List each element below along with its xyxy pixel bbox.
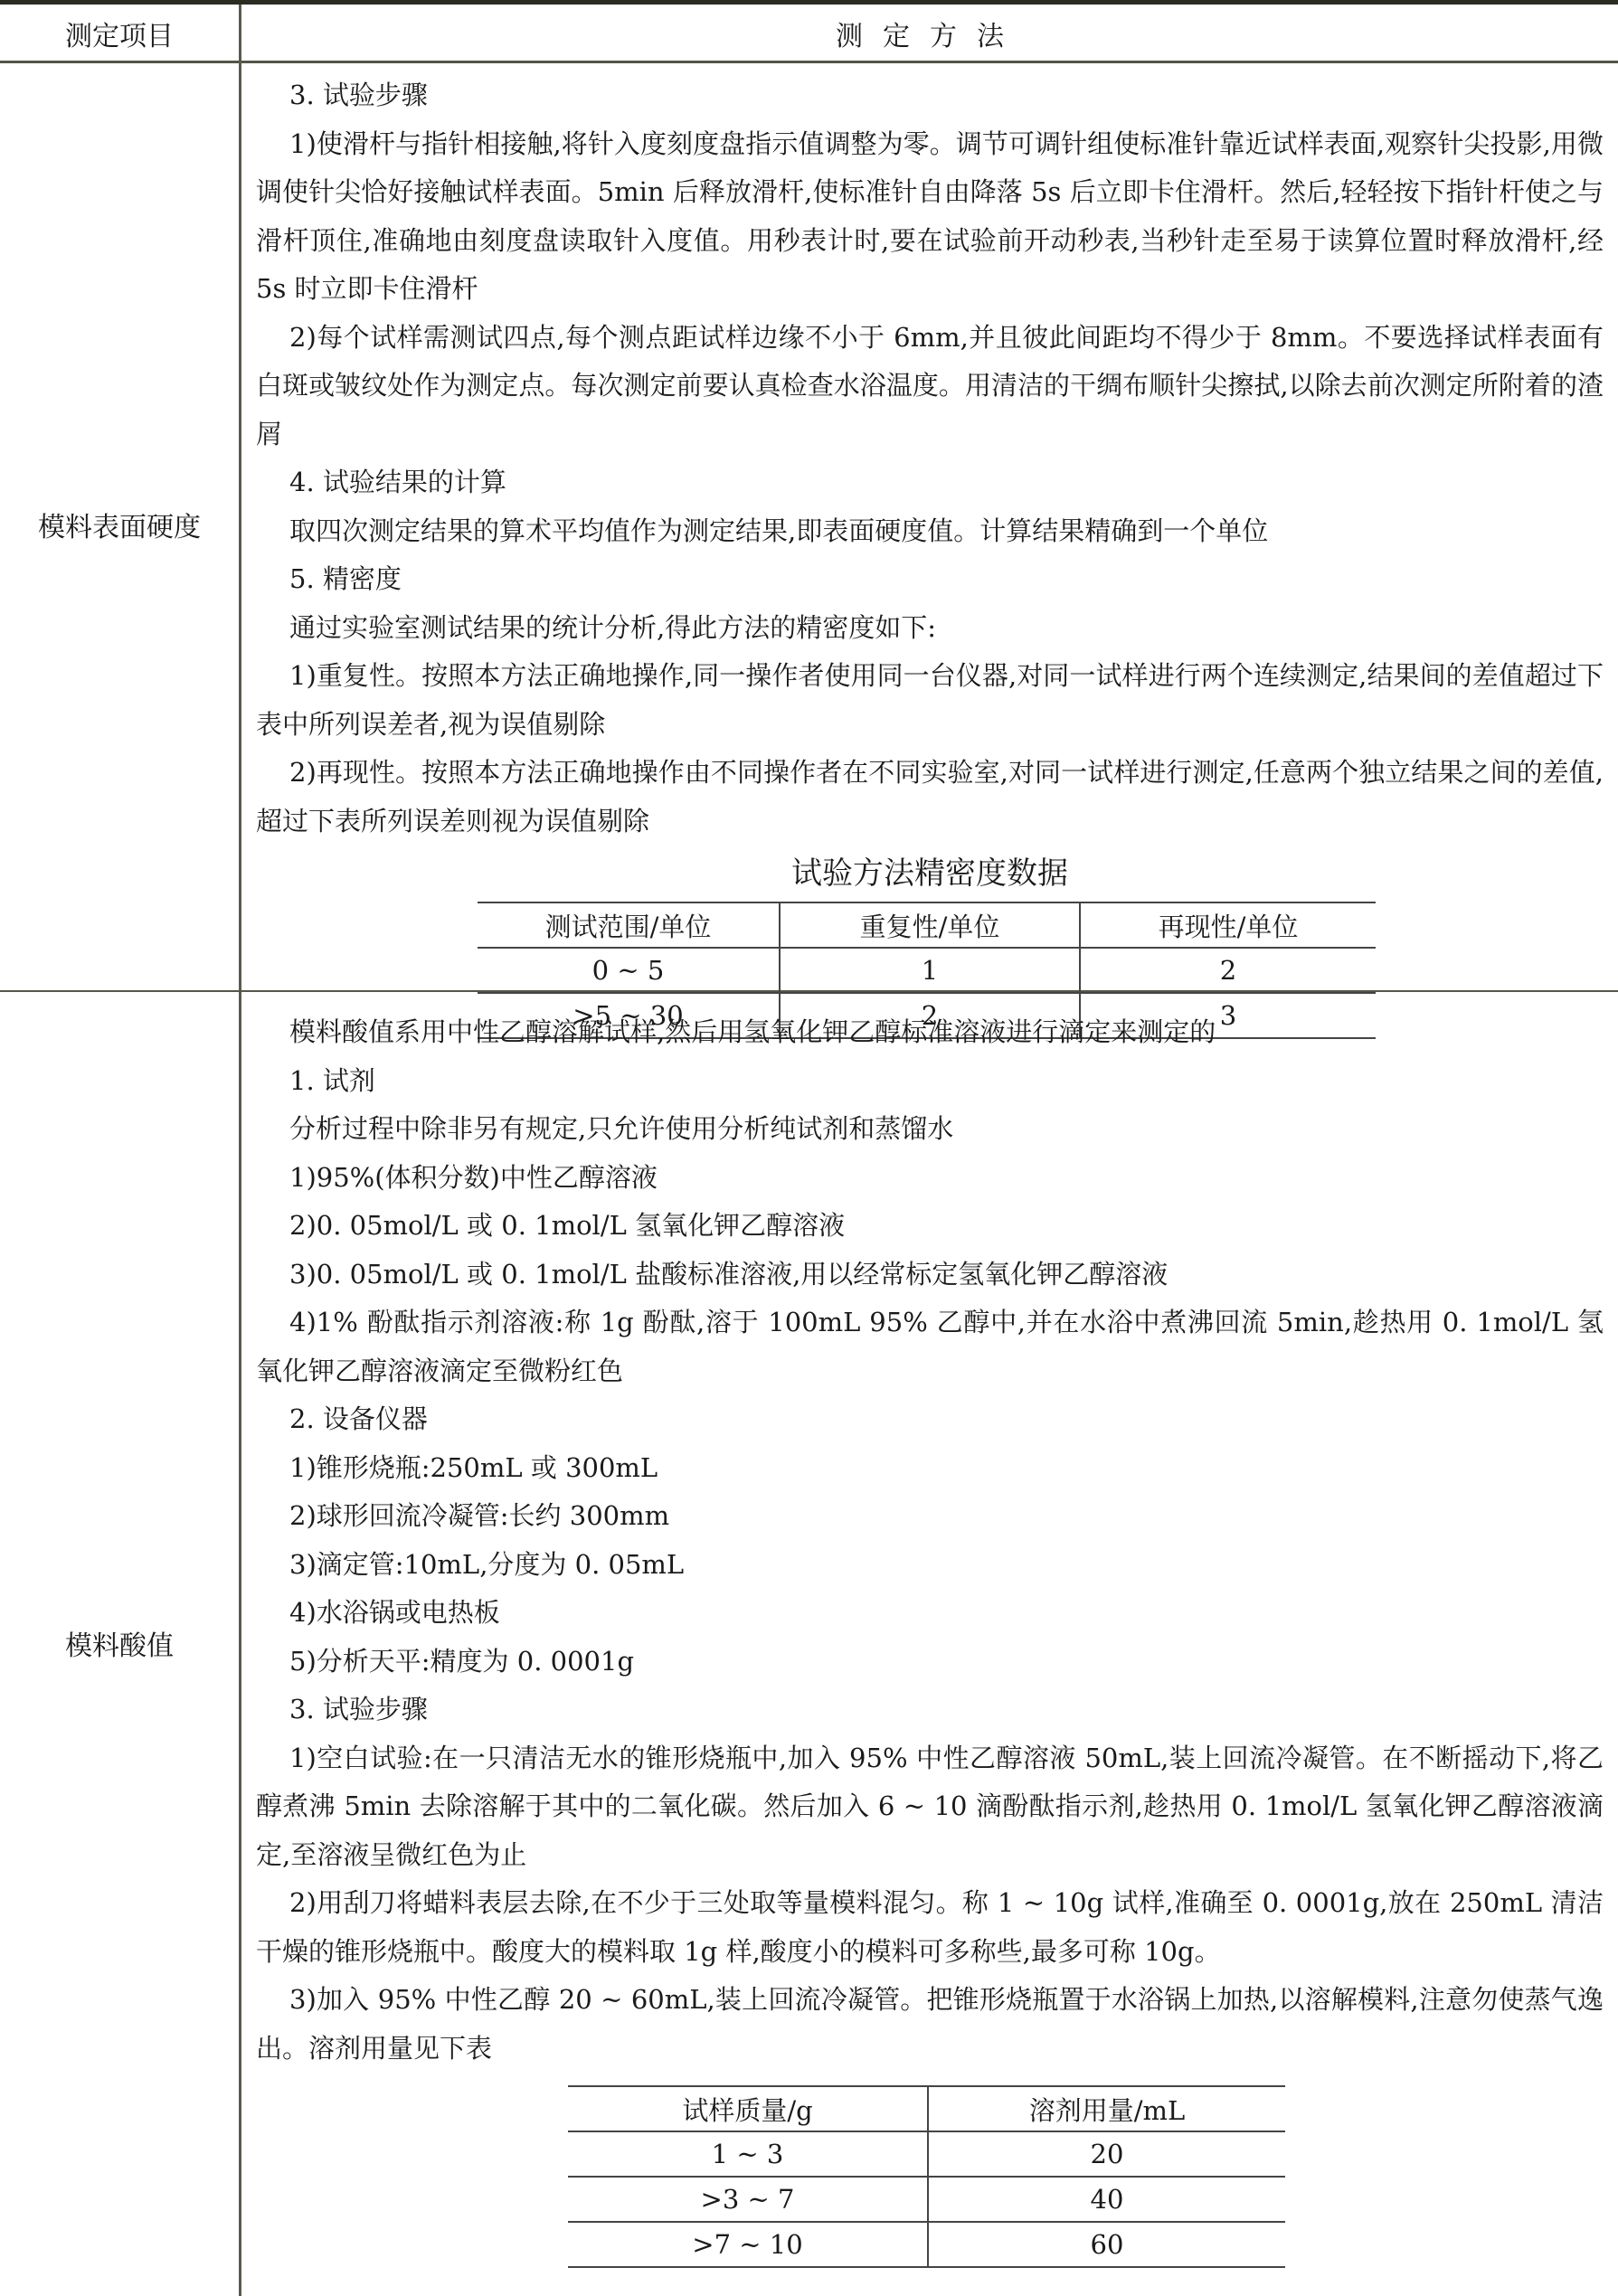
equipment-item: 4)水浴锅或电热板 <box>256 1589 1604 1638</box>
table-row: >7 ~ 10 60 <box>568 2222 1285 2267</box>
item-label-acid-value: 模料酸值 <box>0 1623 239 1663</box>
table-cell: 60 <box>928 2222 1285 2267</box>
table-header-row: 测试范围/单位 重复性/单位 再现性/单位 <box>478 902 1376 948</box>
table-cell: 40 <box>928 2177 1285 2222</box>
paragraph: 2)每个试样需测试四点,每个测点距试样边缘不小于 6mm,并且彼此间距均不得少于… <box>256 314 1604 459</box>
method-surface-hardness: 3. 试验步骤 1)使滑杆与指针相接触,将针入度刻度盘指示值调整为零。调节可调针… <box>256 71 1604 1039</box>
table-header-cell: 再现性/单位 <box>1080 902 1376 948</box>
table-cell: >3 ~ 7 <box>568 2177 928 2222</box>
header-test-item: 测定项目 <box>0 5 239 61</box>
method-acid-value: 模料酸值系用中性乙醇溶解试样,然后用氢氧化钾乙醇标准溶液进行滴定来测定的 1. … <box>256 1008 1604 2268</box>
item-label-surface-hardness: 模料表面硬度 <box>0 505 239 544</box>
equipment-item: 2)球形回流冷凝管:长约 300mm <box>256 1492 1604 1541</box>
reagent-item: 2)0. 05mol/L 或 0. 1mol/L 氢氧化钾乙醇溶液 <box>256 1202 1604 1251</box>
section-heading: 5. 精密度 <box>256 555 1604 604</box>
paragraph: 2)再现性。按照本方法正确地操作由不同操作者在不同实验室,对同一试样进行测定,任… <box>256 749 1604 846</box>
table-row: 0 ~ 5 1 2 <box>478 948 1376 993</box>
table-header-row: 试样质量/g 溶剂用量/mL <box>568 2086 1285 2131</box>
section-heading: 3. 试验步骤 <box>256 1686 1604 1734</box>
paragraph: 模料酸值系用中性乙醇溶解试样,然后用氢氧化钾乙醇标准溶液进行滴定来测定的 <box>256 1008 1604 1057</box>
precision-table-title: 试验方法精密度数据 <box>256 846 1604 902</box>
table-cell: >7 ~ 10 <box>568 2222 928 2267</box>
solvent-amount-table: 试样质量/g 溶剂用量/mL 1 ~ 3 20 >3 ~ 7 40 >7 ~ 1… <box>568 2085 1285 2268</box>
table-cell: 20 <box>928 2131 1285 2177</box>
equipment-item: 5)分析天平:精度为 0. 0001g <box>256 1638 1604 1687</box>
table-cell: 0 ~ 5 <box>478 948 780 993</box>
reagent-item: 3)0. 05mol/L 或 0. 1mol/L 盐酸标准溶液,用以经常标定氢氧… <box>256 1251 1604 1299</box>
procedure-step: 3)加入 95% 中性乙醇 20 ~ 60mL,装上回流冷凝管。把锥形烧瓶置于水… <box>256 1976 1604 2073</box>
table-header-cell: 溶剂用量/mL <box>928 2086 1285 2131</box>
procedure-step: 2)用刮刀将蜡料表层去除,在不少于三处取等量模料混匀。称 1 ~ 10g 试样,… <box>256 1879 1604 1976</box>
equipment-item: 1)锥形烧瓶:250mL 或 300mL <box>256 1444 1604 1493</box>
section-heading: 3. 试验步骤 <box>256 71 1604 120</box>
table-cell: 1 <box>780 948 1080 993</box>
paragraph: 通过实验室测试结果的统计分析,得此方法的精密度如下: <box>256 604 1604 653</box>
table-cell: 2 <box>1080 948 1376 993</box>
header-test-method: 测定方法 <box>241 5 1618 61</box>
header-rule <box>0 61 1618 63</box>
paragraph: 取四次测定结果的算术平均值作为测定结果,即表面硬度值。计算结果精确到一个单位 <box>256 507 1604 556</box>
section-heading: 2. 设备仪器 <box>256 1395 1604 1444</box>
reagent-item: 4)1% 酚酞指示剂溶液:称 1g 酚酞,溶于 100mL 95% 乙醇中,并在… <box>256 1299 1604 1395</box>
equipment-item: 3)滴定管:10mL,分度为 0. 05mL <box>256 1541 1604 1590</box>
section-heading: 1. 试剂 <box>256 1057 1604 1106</box>
table-header-cell: 测试范围/单位 <box>478 902 780 948</box>
section-heading: 4. 试验结果的计算 <box>256 458 1604 507</box>
table-cell: 1 ~ 3 <box>568 2131 928 2177</box>
column-divider <box>239 5 241 2296</box>
paragraph: 1)使滑杆与指针相接触,将针入度刻度盘指示值调整为零。调节可调针组使标准针靠近试… <box>256 120 1604 314</box>
procedure-step: 1)空白试验:在一只清洁无水的锥形烧瓶中,加入 95% 中性乙醇溶液 50mL,… <box>256 1734 1604 1880</box>
table-row: 1 ~ 3 20 <box>568 2131 1285 2177</box>
reagent-item: 1)95%(体积分数)中性乙醇溶液 <box>256 1154 1604 1203</box>
table-header-cell: 重复性/单位 <box>780 902 1080 948</box>
table-row: >3 ~ 7 40 <box>568 2177 1285 2222</box>
table-header-cell: 试样质量/g <box>568 2086 928 2131</box>
paragraph: 分析过程中除非另有规定,只允许使用分析纯试剂和蒸馏水 <box>256 1105 1604 1154</box>
paragraph: 1)重复性。按照本方法正确地操作,同一操作者使用同一台仪器,对同一试样进行两个连… <box>256 652 1604 749</box>
